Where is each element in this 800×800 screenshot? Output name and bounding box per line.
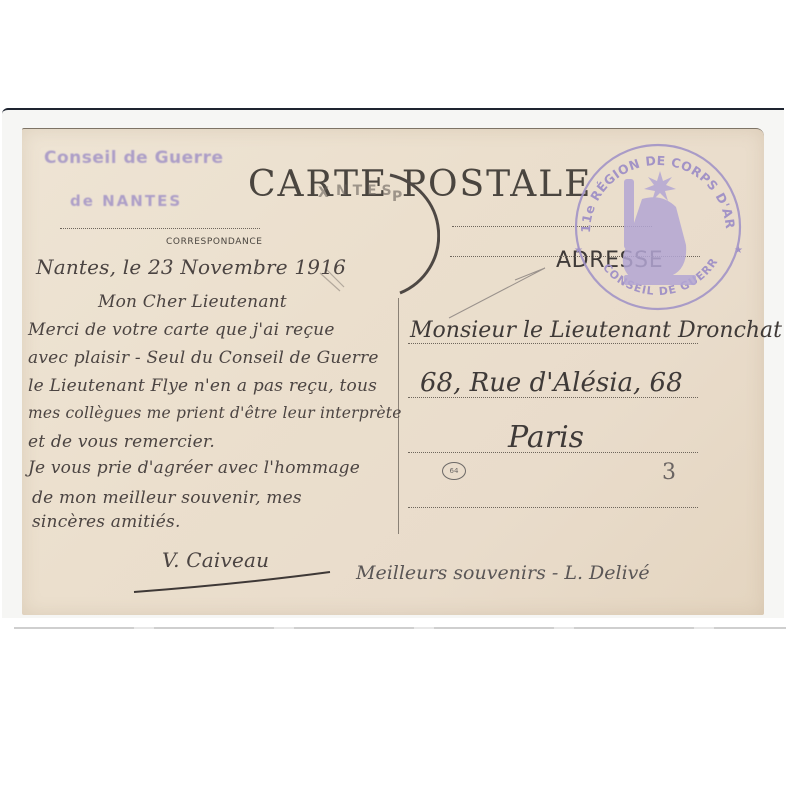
svg-text:★: ★ xyxy=(574,245,583,256)
postmark-icon: X N T E S P xyxy=(300,165,440,305)
correspondence-label: CORRESPONDANCE xyxy=(166,237,263,247)
svg-text:N T E S: N T E S xyxy=(336,183,392,199)
scan-edge xyxy=(14,627,786,629)
pencil-note: Meilleurs souvenirs - L. Delivé xyxy=(356,562,650,584)
address-line-1 xyxy=(408,343,698,344)
message-line: Je vous prie d'agréer avec l'hommage xyxy=(28,458,360,478)
message-line: et de vous remercier. xyxy=(28,432,215,452)
message-line: avec plaisir - Seul du Conseil de Guerre xyxy=(28,348,379,368)
message-line: sincères amitiés. xyxy=(32,512,181,532)
svg-text:P: P xyxy=(392,189,402,205)
message-greeting: Mon Cher Lieutenant xyxy=(98,292,287,312)
address-city: Paris xyxy=(508,420,584,455)
message-line: Merci de votre carte que j'ai reçue xyxy=(28,320,335,340)
header-rule-left xyxy=(60,228,260,229)
address-line-4 xyxy=(408,507,698,508)
address-street: 68, Rue d'Alésia, 68 xyxy=(420,368,683,398)
pencil-stroke xyxy=(445,262,555,322)
svg-text:★: ★ xyxy=(734,245,743,256)
number-note: 3 xyxy=(662,460,676,485)
stamp-conseil-de-guerre: Conseil de Guerre xyxy=(44,148,223,168)
message-dateline: Nantes, le 23 Novembre 1916 xyxy=(36,255,346,279)
svg-text:X: X xyxy=(318,185,329,201)
military-seal-icon: 11e RÉGION DE CORPS D'ARMÉE CONSEIL DE G… xyxy=(568,135,748,315)
signature-flourish xyxy=(130,566,340,596)
stamp-nantes: de NANTES xyxy=(70,192,182,210)
message-line: le Lieutenant Flye n'en a pas reçu, tous xyxy=(28,376,377,396)
message-line: de mon meilleur souvenir, mes xyxy=(32,488,302,508)
circled-note: 64 xyxy=(442,462,466,480)
message-line: mes collègues me prient d'être leur inte… xyxy=(28,404,402,422)
